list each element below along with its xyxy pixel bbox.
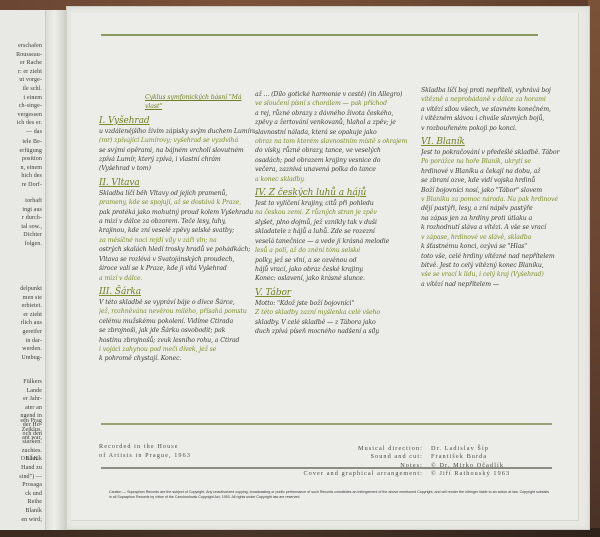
credit-row: Musical direction: Dr. Ladislav Šíp [271,445,561,453]
manuscript-line: skladby. V celé skladbě — z Tábora jako [255,318,415,327]
manuscript-line: široce valí se k Praze, kde ji vítá Vyše… [99,264,255,273]
left-page-line: folgen. [0,240,42,249]
manuscript-line: jež, rozhněvána nevěrou milého, přísahá … [99,307,255,316]
left-page-line: position [0,155,42,164]
manuscript-line: u vzdálenějšího živím zápisky svým duche… [99,127,255,136]
manuscript-line: Konec: oslavení, jako krásné slunce. [255,274,415,283]
manuscript-section-heading: VI. Blaník [421,136,581,148]
manuscript-line: Skladba líčí boj proti nepříteli, vyhráv… [421,86,581,95]
manuscript-line: dějí pastýři, lesy, a zní nápěv pastýře [421,204,581,213]
manuscript-line: i vítězném slávou i chvále slavných bojů… [421,114,581,123]
left-page-line: ater an [0,404,42,413]
left-page-line: iele Be- [0,138,42,147]
credit-role: Sound and cut: [271,453,431,461]
manuscript-line: Jest to vylíčení krajiny, citů při pohle… [255,199,415,208]
left-page-line: t einem [0,94,42,103]
credit-name: Dr. Ladislav Šíp [431,445,561,453]
credit-name: František Burda [431,453,561,461]
manuscript-line: k pohromě chystají. Konec. [99,354,255,363]
credit-name: © Jiří Rathouský 1963 [431,470,561,478]
manuscript-line: duch zpívá píseň mocného nadšení a síly. [255,327,415,336]
credit-role: Musical direction: [271,445,431,453]
left-page-line: in dar- [0,337,42,346]
left-page-line: Lande [0,387,42,396]
manuscript-line: lesů a polí, až do znění tónu selské [255,246,415,255]
booklet-spine [46,10,68,530]
manuscript-line: se svými opěrami, na bájném vrcholí slov… [99,146,255,155]
manuscript-section-heading: IV. Z českých luhů a hájů [255,187,415,199]
recording-line-1: Recorded in the House [99,443,191,452]
manuscript-line: veselá tanečnice — a vede ji krásná melo… [255,237,415,246]
manuscript-line: bitvě. Jest to celý vítězný konec Blaník… [421,261,581,270]
manuscript-line: krajinou, kde zní veselé zpěvy selské sv… [99,226,255,235]
left-page-line: r durch- [0,214,42,223]
credit-row: Cover and graphical arrangement: © Jiří … [271,470,561,478]
manuscript-section-heading: II. Vltava [99,177,255,189]
left-page-line: Blaník [0,507,42,516]
manuscript-line: k rozhodnutí sláva a vítězi. A vše se vr… [421,223,581,232]
left-page-line: ut vorge- [0,76,42,85]
left-page-line: Hand zu [0,464,42,473]
left-page-line: erbietet. [0,302,42,311]
left-page-line: Prosaga [0,481,42,490]
left-page-line: ck und [0,490,42,499]
left-page-line: er zieht [0,311,42,320]
manuscript-line: obraz na tom kterém slavnostním místě s … [255,137,415,146]
manuscript-line: celému mužskému pokolení. Vidíme Ctirada [99,317,255,326]
manuscript-line: hrdinové v Blaníku a čekají na dobu, až [421,167,581,176]
left-page-line: Dichter [0,231,42,240]
left-page-signature: OLÍK [21,456,39,462]
left-page-line: hich des [0,172,42,181]
left-page-line: en wird; [0,516,42,525]
manuscript-line: v rozbouřeném pokoji po konci. [421,124,581,133]
manuscript-line: zpívá Lumír, který zpívá, i vlastní chrá… [99,155,255,164]
copyright-notice: Caution — Supraphon Records are the subj… [109,490,549,499]
left-page-line: r: er zieht [0,68,42,77]
manuscript-line: vše se vrací k lidu, i celý kraj (Vyšehr… [421,270,581,279]
left-page-line: erfügung [0,147,42,156]
manuscript-line: i vojáci zahynou pod meči dívek, jež se [99,345,255,354]
manuscript-line: na českou zemi. Z různých stran je zpěv [255,208,415,217]
manuscript-line: Z této skladby zazní myšlenka celé všeho [255,308,415,317]
left-page-paragraph: delpunktmen sieerbietet.er ziehtrlich au… [0,285,42,362]
left-page-line: Fülkers [0,378,42,387]
manuscript-line: Vltava se rozlévá v Svatojánských proude… [99,255,255,264]
left-page-line: er Jahr- [0,395,42,404]
left-page-paragraph: een PragZeiklus,ant war, [0,417,42,443]
manuscript-line: polky, jež se vlní, a se ozvěnou od [255,256,415,265]
left-page-line: gereifer [0,328,42,337]
manuscript-line: Skladba líčí běh Vltavy od jejích pramen… [99,189,255,198]
sleeve-page: Cyklus symfonických básní "Má vlast"I. V… [71,13,579,521]
left-page-paragraph: erschafenRousseau-er Racher: er ziehtut … [0,42,42,137]
manuscript-line: prameny, kde se spojují, až se dostává k… [99,198,255,207]
manuscript-line: ostrých skalách hledí trosky hradů ve po… [99,245,255,254]
manuscript-line: Jest to pokračování v předešlé skladbě. … [421,148,581,157]
manuscript-column-2: až ... (Dílo gotické harmonie v cestě) (… [255,90,415,336]
left-page-line: vergessen [0,111,42,120]
manuscript-line: Boží bojovníci nosí, jako "Tábor" slovem [421,186,581,195]
left-page-line: er Rache [0,59,42,68]
manuscript-line: pak protéká jako mohutný proud kolem Vyš… [99,208,255,217]
left-page-line: zuchtes. [0,447,42,456]
record-sleeve: Cyklus symfonických básní "Má vlast"I. V… [66,6,590,530]
manuscript-line: toto vše, celé hrdiny vítězné nad nepřít… [421,252,581,261]
left-page-line: ingt aus [0,206,42,215]
manuscript-line: se zbraní ozve, kde vidí vojska hrdinů [421,176,581,185]
left-page-line: men sie [0,294,42,303]
left-page-line: tal sow., [0,223,42,232]
manuscript-line: slavnostní nálada, která se opakuje jako [255,128,415,137]
manuscript-line: zpěvy a žertování venkovanů, hlahol a zp… [255,118,415,127]
manuscript-line: se zbrojnoši, jak jde Šárku osvobodit; p… [99,326,255,335]
manuscript-line: k šťastnému konci, ozývá se "Hlas" [421,242,581,251]
manuscript-line: (mr) zpívající Lumírovy; vyšehrad se vyz… [99,136,255,145]
manuscript-column-3: Skladba líčí boj proti nepříteli, vyhráv… [421,86,581,289]
manuscript-line: vítězně a neprobádaně v dálce za horami [421,95,581,104]
manuscript-column-1: Cyklus symfonických básní "Má vlast"I. V… [99,93,255,364]
credit-row: Sound and cut: František Burda [271,453,561,461]
left-page-line: een Prag [0,417,42,426]
manuscript-line: Motto: "Kdož jste boží bojovníci" [255,299,415,308]
left-page-line: delpunkt [0,285,42,294]
manuscript-line: Po porážce na hoře Blaník, ukrytí se [421,157,581,166]
manuscript-line: a vítězí sílou všech, ve slavném konečné… [421,105,581,114]
left-page-line: torhaft [0,197,42,206]
left-booklet-page: erschafenRousseau-er Racher: er ziehtut … [0,10,46,530]
manuscript-line: osadách; pod obrazem krajiny vesnice do [255,156,415,165]
manuscript-line: hájů vrací, jako obraz české krajiny. [255,265,415,274]
manuscript-line: do vísky, různé obrazy, tance, ve veselý… [255,146,415,155]
left-page-line: rlich aus [0,319,42,328]
credits-divider [101,423,552,425]
left-page-line: n, einem [0,164,42,173]
manuscript-line: a mizí v dálce za obzorem. Teče lesy, lu… [99,217,255,226]
top-divider [101,34,538,36]
left-page-paragraph: FülkersLandeer Jahr-ater anngend inder H… [0,378,42,524]
manuscript-line: ve sloučení písní s chorálem — pak přích… [255,99,415,108]
left-page-line: re Dorf- [0,181,42,190]
manuscript-line: skladatele z hájů a luhů. Zde se rozezní [255,227,415,236]
left-page-line: — das [0,128,42,137]
manuscript-line: a rej, různé obrazy z dávného života čes… [255,109,415,118]
manuscript-line: a mizí v dálce. [99,274,255,283]
left-page-paragraph: iele Be-erfügungpositionn, einemhich des… [0,138,42,190]
manuscript-section-heading: III. Šárka [99,286,255,298]
credit-role: Cover and graphical arrangement: [271,470,431,478]
manuscript-line: až ... (Dílo gotické harmonie v cestě) (… [255,90,415,99]
left-page-line: Reihe [0,498,42,507]
left-page-line: ch-singe- [0,102,42,111]
left-page-line: ich des er. [0,119,42,128]
manuscript-line: na zápas jen za hrdiny proti útlaku a [421,214,581,223]
manuscript-line: v Blaníku za pomoc národa. Na pak hrdino… [421,195,581,204]
manuscript-line: a vítězí nad nepřítelem — [421,280,581,289]
recording-line-2: of Artists in Prague, 1963 [99,452,191,461]
manuscript-line: za měsíčné noci rejdí víly v záři vln; n… [99,236,255,245]
recording-location: Recorded in the House of Artists in Prag… [99,443,191,460]
left-page-line: erschafen [0,42,42,51]
manuscript-line: v zápase, hrdinové ve slávě, skladba [421,233,581,242]
manuscript-line: (Vyšehrad v tom) [99,164,255,173]
fineprint-divider [101,467,552,469]
left-page-paragraph: torhaftingt ausr durch-tal sow.,Dichterf… [0,197,42,249]
left-page-line: Rousseau- [0,51,42,60]
manuscript-line: hostinu zbrojnošů; zvuk lesního rohu, a … [99,336,255,345]
left-page-line: ile schl. [0,85,42,94]
left-page-line: Umbug- [0,354,42,363]
manuscript-line: večera, zaznívá unavená polka do tance [255,165,415,174]
manuscript-section-heading: I. Vyšehrad [99,115,255,127]
manuscript-line: V této skladbě se vypráví báje o dívce Š… [99,298,255,307]
left-page-line: Zeiklus, [0,426,42,435]
credits-list: Musical direction: Dr. Ladislav Šíp Soun… [271,445,561,479]
left-page-line: werden. [0,345,42,354]
left-page-line: sind") — [0,473,42,482]
manuscript-section-heading: V. Tábor [255,287,415,299]
manuscript-line: a konec skladby. [255,175,415,184]
manuscript-line: slyšet, plno dojmů, jež vznikly tak v du… [255,218,415,227]
left-page-line: ant war, [0,434,42,443]
manuscript-title: Cyklus symfonických básní "Má vlast" [99,93,255,112]
